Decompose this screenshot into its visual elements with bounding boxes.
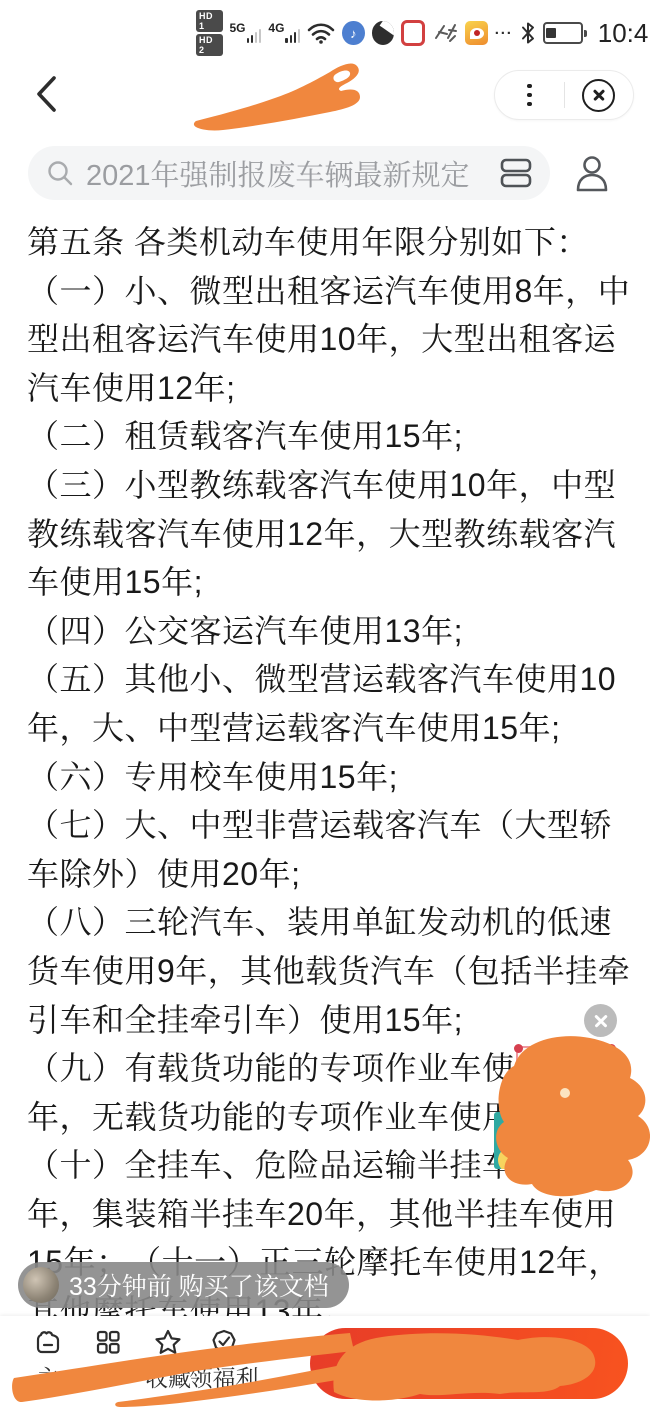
doc-line: 车除外）使用20年;: [27, 850, 633, 899]
doc-line: 车使用15年;: [27, 558, 633, 607]
menu-button[interactable]: [495, 71, 564, 119]
close-page-button[interactable]: [565, 71, 634, 119]
weibo-eye-app-icon: [465, 21, 487, 45]
doc-line: （八）三轮汽车、装用单缸发动机的低速: [27, 898, 633, 947]
grid-icon: [94, 1328, 122, 1356]
red-app-icon: [401, 20, 426, 46]
doc-line: （三）小型教练载客汽车使用10年，中型: [27, 461, 633, 510]
bluetooth-icon: [520, 21, 536, 45]
doc-line: （五）其他小、微型营运载客汽车使用10: [27, 655, 633, 704]
doc-line: 年，集装箱半挂车20年，其他半挂车使用: [27, 1190, 633, 1239]
wifi-icon: [307, 22, 335, 44]
music-app-icon: ♪: [342, 21, 364, 45]
calligraphy-app-icon: [432, 22, 458, 44]
user-profile-button[interactable]: [572, 152, 612, 194]
signal-5g-icon: 5G: [230, 23, 262, 43]
tab-catalog[interactable]: [76, 1328, 140, 1360]
battery-icon: [543, 22, 587, 44]
doc-line: （一）小、微型出租客运汽车使用8年，中: [27, 267, 633, 316]
signal-4g-icon: 4G: [268, 23, 300, 43]
browser-capsule: [494, 70, 634, 120]
doc-line: （四）公交客运汽车使用13年;: [27, 607, 633, 656]
tab-home-label: 主: [37, 1360, 60, 1393]
doc-line: 汽车使用12年;: [27, 364, 633, 413]
home-icon: [34, 1328, 62, 1356]
star-icon: [153, 1328, 183, 1356]
doc-line: （六）专用校车使用15年;: [27, 753, 633, 802]
badge-check-icon: [210, 1328, 238, 1356]
bottom-toolbar: 主 收藏: [0, 1316, 650, 1407]
three-dots-icon: [527, 84, 532, 107]
status-time: 10:41: [598, 18, 650, 49]
purchase-toast: 33分钟前 购买了该文档: [18, 1262, 349, 1308]
doc-line: 教练载客汽车使用12年，大型教练载客汽: [27, 510, 633, 559]
doc-line: 型出租客运汽车使用10年，大型出租客运: [27, 315, 633, 364]
doc-line: （二）租赁载客汽车使用15年;: [27, 412, 633, 461]
more-status-icons: ···: [495, 25, 513, 42]
card-view-icon[interactable]: [498, 156, 534, 190]
hd-volte-badges: HD 1 HD 2: [196, 10, 223, 56]
search-input[interactable]: 2021年强制报废车辆最新规定: [28, 146, 550, 200]
search-query: 2021年强制报废车辆最新规定: [86, 153, 498, 194]
toast-message: 33分钟前 购买了该文档: [69, 1267, 329, 1303]
ad-widget[interactable]: [516, 1046, 614, 1118]
tab-favorite-label: 收藏: [145, 1360, 191, 1393]
phone-screen: HD 1 HD 2 5G 4G ♪ ···: [0, 0, 650, 1407]
doc-line: （七）大、中型非营运载客汽车（大型轿: [27, 801, 633, 850]
hd2-badge: HD 2: [196, 34, 223, 56]
doc-line: 第五条 各类机动车使用年限分别如下：: [27, 218, 633, 267]
ad-widget-banner[interactable]: [494, 1112, 618, 1169]
ad-close-button[interactable]: [584, 1004, 617, 1037]
camera-app-icon: [372, 21, 394, 45]
doc-line: 引车和全挂牵引车）使用15年;: [27, 996, 633, 1045]
tab-home[interactable]: 主: [16, 1328, 80, 1393]
hd1-badge: HD 1: [196, 10, 223, 32]
back-button[interactable]: [30, 72, 64, 116]
search-icon: [46, 159, 74, 187]
tab-benefits[interactable]: 领福利: [192, 1328, 256, 1393]
status-bar: HD 1 HD 2 5G 4G ♪ ···: [196, 12, 650, 54]
doc-line: 年，大、中型营运载客汽车使用15年;: [27, 704, 633, 753]
doc-line: 货车使用9年，其他载货汽车（包括半挂牵: [27, 947, 633, 996]
primary-action-button[interactable]: [310, 1328, 628, 1399]
toast-avatar: [23, 1267, 59, 1303]
tab-benefits-label: 领福利: [190, 1360, 259, 1393]
circle-x-icon: [582, 79, 615, 112]
